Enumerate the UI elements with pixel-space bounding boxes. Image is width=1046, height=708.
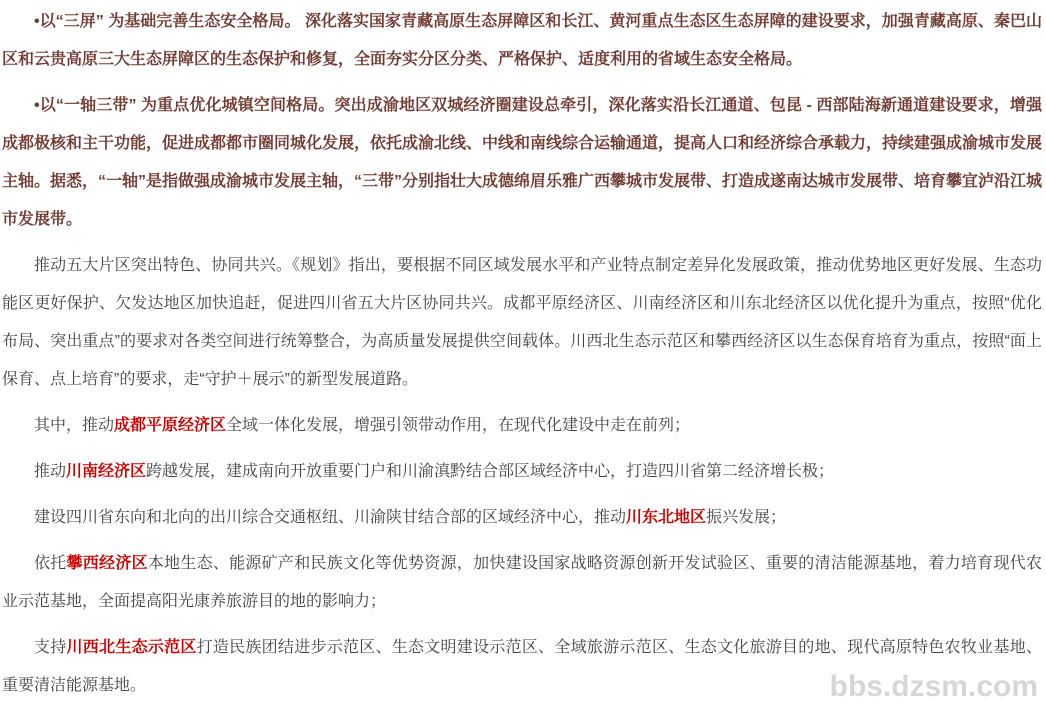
highlight-term: 川东北地区 [626, 509, 706, 526]
lead-paragraph: •以“一轴三带” 为重点优化城镇空间格局。突出成渝地区双城经济圈建设总牵引，深化… [2, 87, 1042, 239]
text-run: 支持 [34, 639, 67, 656]
text-run: 全域一体化发展，增强引领带动作用，在现代化建设中走在前列； [226, 417, 690, 434]
text-run: 振兴发展； [706, 509, 786, 526]
article-body: •以“三屏” 为基础完善生态安全格局。 深化落实国家青藏高原生态屏障区和长江、黄… [0, 0, 1046, 705]
highlight-term: 川南经济区 [66, 463, 146, 480]
highlight-term: 攀西经济区 [67, 555, 148, 572]
text-run: 本地生态、能源矿产和民族文化等优势资源，加快建设国家战略资源创新开发试验区、重要… [2, 555, 1042, 610]
paragraph: 依托攀西经济区本地生态、能源矿产和民族文化等优势资源，加快建设国家战略资源创新开… [2, 545, 1042, 621]
text-run: 推动 [34, 463, 66, 480]
paragraph: 其中，推动成都平原经济区全域一体化发展，增强引领带动作用，在现代化建设中走在前列… [2, 407, 1042, 445]
text-run: 依托 [34, 555, 67, 572]
lead-paragraph: •以“三屏” 为基础完善生态安全格局。 深化落实国家青藏高原生态屏障区和长江、黄… [2, 3, 1042, 79]
text-run: •以“三屏” 为基础完善生态安全格局。 深化落实国家青藏高原生态屏障区和长江、黄… [2, 13, 1042, 68]
text-run: 推动五大片区突出特色、协同共兴。《规划》指出，要根据不同区域发展水平和产业特点制… [2, 257, 1042, 388]
text-run: 其中，推动 [34, 417, 114, 434]
text-run: •以“一轴三带” 为重点优化城镇空间格局。突出成渝地区双城经济圈建设总牵引，深化… [2, 97, 1042, 228]
watermark: bbs.dzsm.com [830, 670, 1038, 704]
paragraph: 推动五大片区突出特色、协同共兴。《规划》指出，要根据不同区域发展水平和产业特点制… [2, 247, 1042, 399]
text-run: 跨越发展，建成南向开放重要门户和川渝滇黔结合部区域经济中心，打造四川省第二经济增… [146, 463, 834, 480]
article-paragraphs: •以“三屏” 为基础完善生态安全格局。 深化落实国家青藏高原生态屏障区和长江、黄… [2, 3, 1042, 705]
highlight-term: 川西北生态示范区 [67, 639, 197, 656]
paragraph: 推动川南经济区跨越发展，建成南向开放重要门户和川渝滇黔结合部区域经济中心，打造四… [2, 453, 1042, 491]
text-run: 建设四川省东向和北向的出川综合交通枢纽、川渝陕甘结合部的区域经济中心，推动 [34, 509, 626, 526]
highlight-term: 成都平原经济区 [114, 417, 226, 434]
paragraph: 建设四川省东向和北向的出川综合交通枢纽、川渝陕甘结合部的区域经济中心，推动川东北… [2, 499, 1042, 537]
